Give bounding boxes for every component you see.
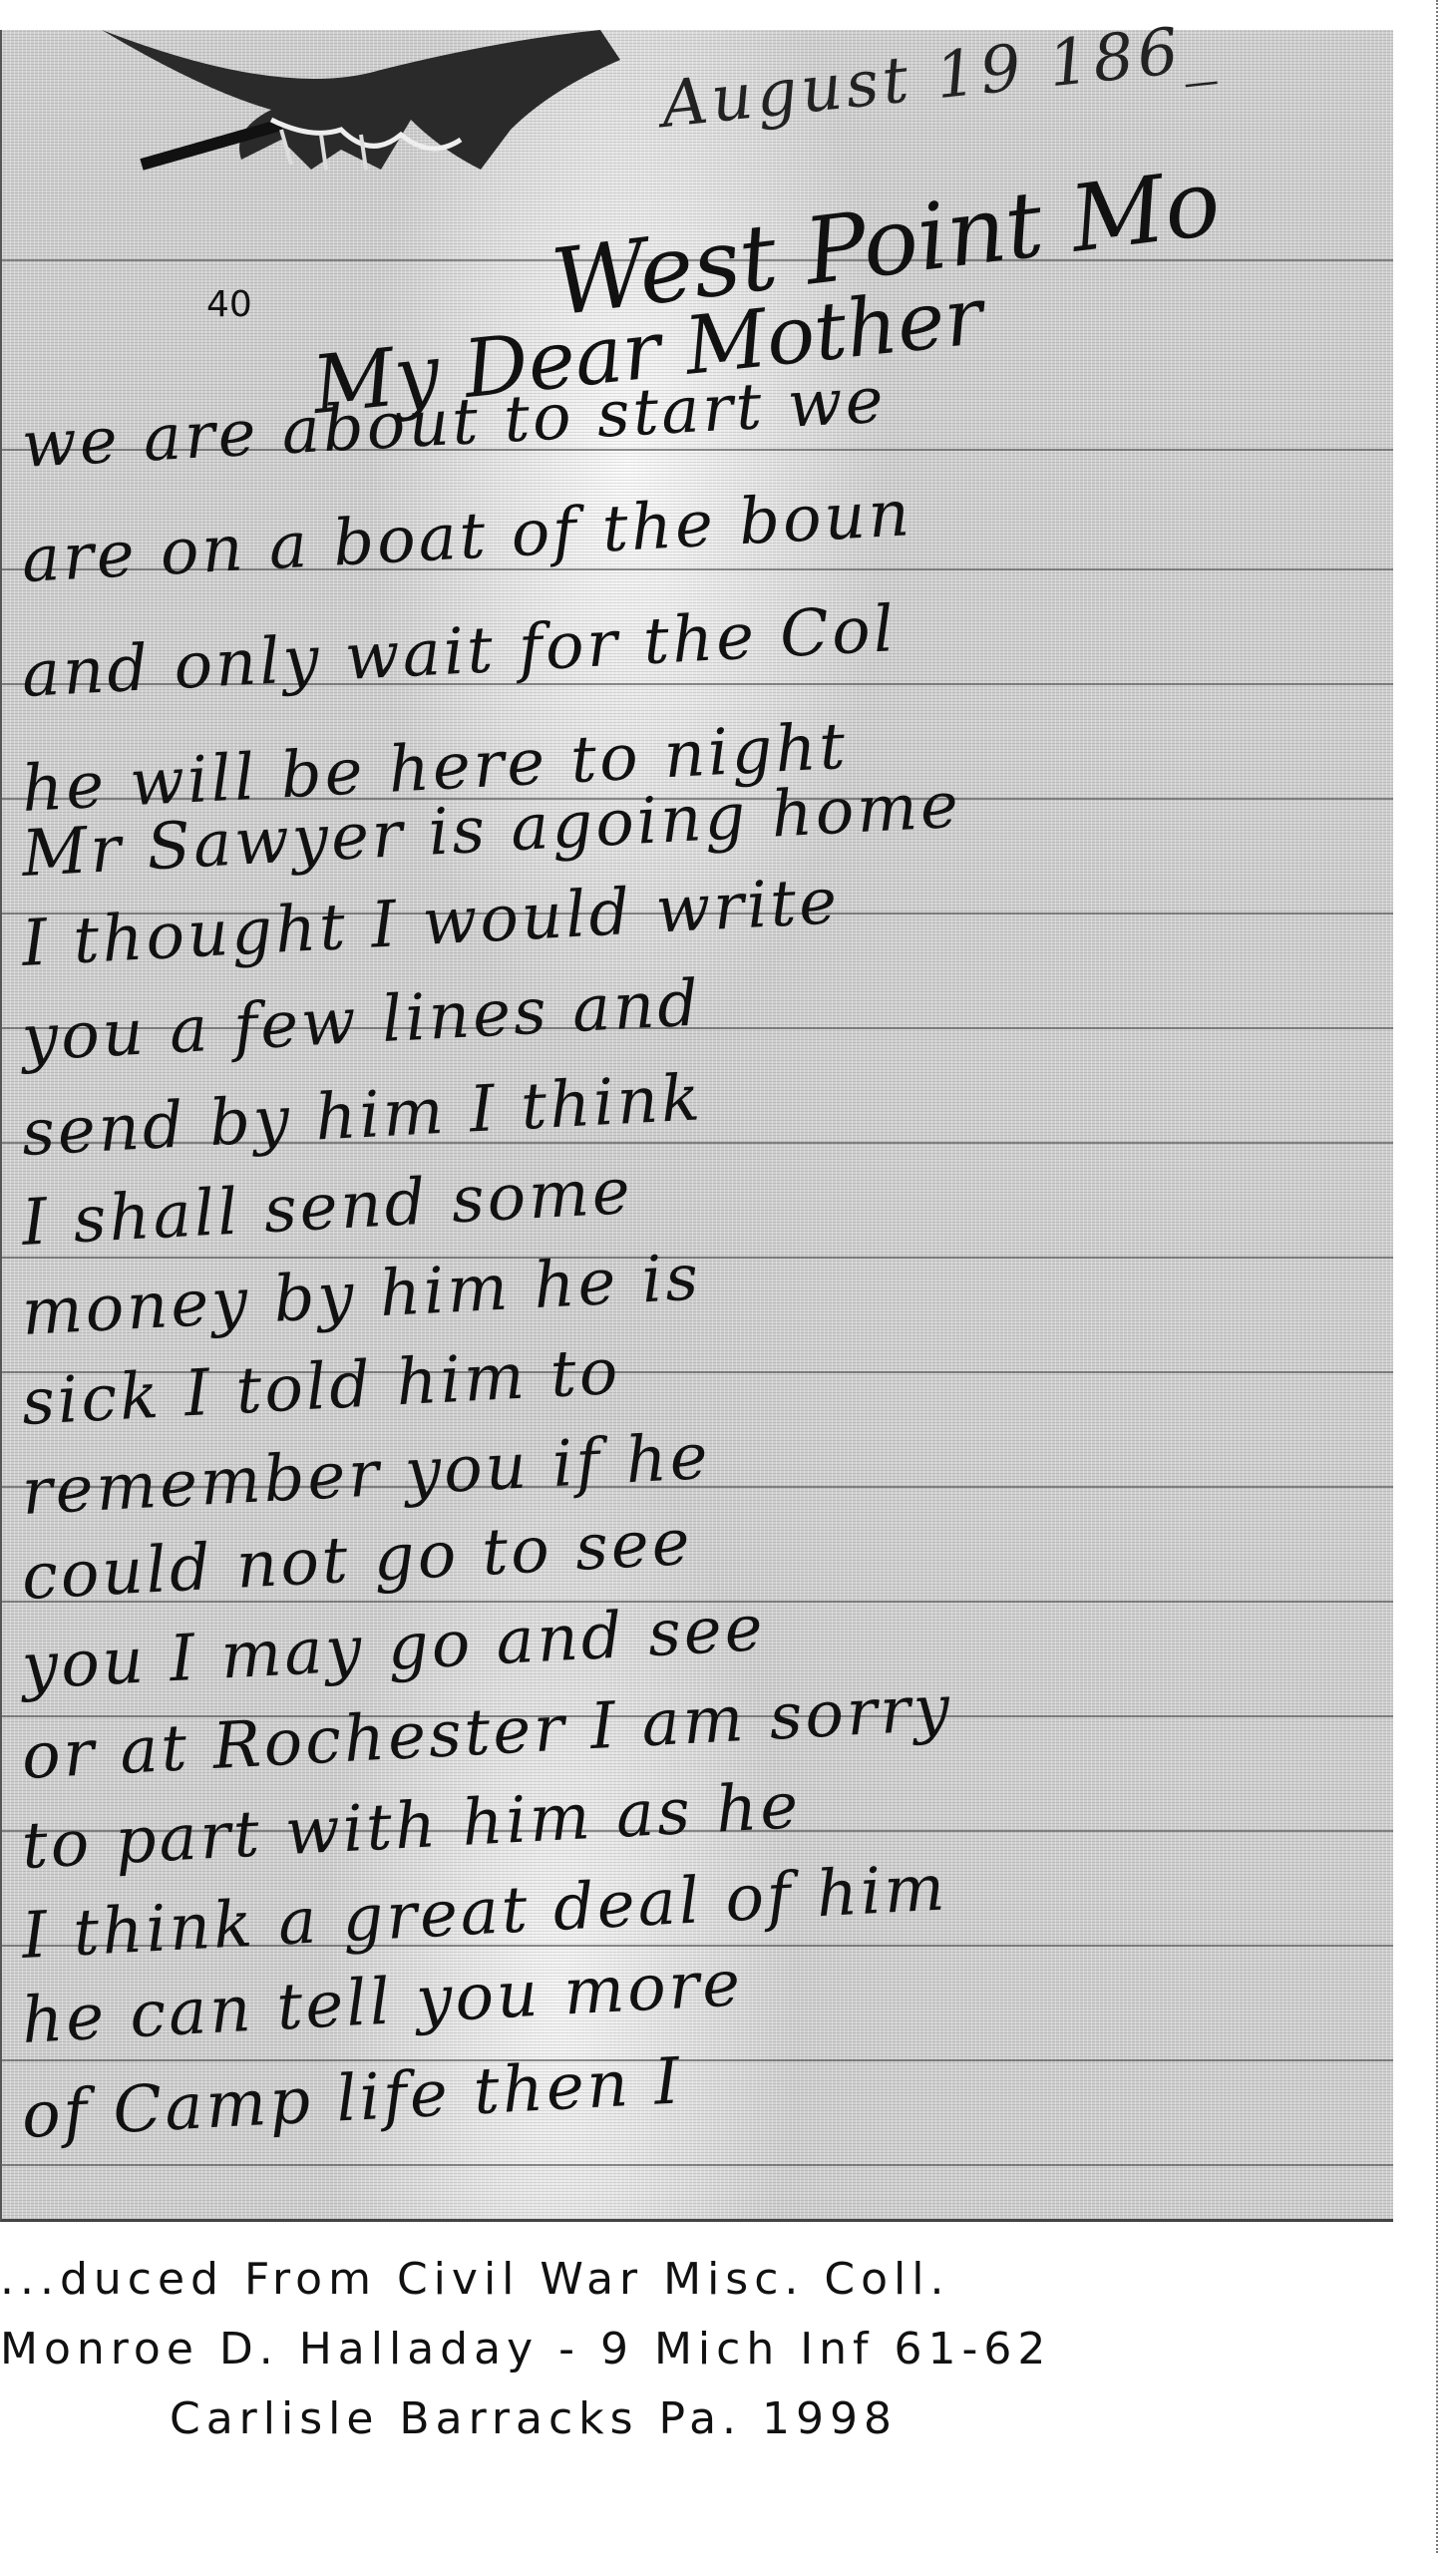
letter-line: I shall send some [20,1155,634,1261]
letter-line: and only wait for the Col [20,592,899,712]
caption-line-2: Monroe D. Halladay - 9 Mich Inf 61-62 [0,2324,1051,2374]
ruled-line [2,2059,1393,2061]
letter-line: send by him I think [20,1061,704,1171]
caption-line-3: Carlisle Barracks Pa. 1998 [170,2393,898,2444]
scan-edge-divider [1436,0,1438,2553]
letter-page: August 19 186_ West Point Mo 40 My Dear … [0,30,1393,2222]
letter-date: August 19 186_ [658,11,1222,143]
letter-line: sick I told him to [20,1335,622,1440]
letter-line: are on a boat of the boun [20,477,914,597]
page-number: 40 [206,284,252,325]
caption-line-1: ...duced From Civil War Misc. Coll. [0,2254,949,2305]
eagle-flag-vignette-icon [82,30,640,180]
ruled-line [2,2164,1393,2166]
letter-line: you a few lines and [20,966,703,1076]
